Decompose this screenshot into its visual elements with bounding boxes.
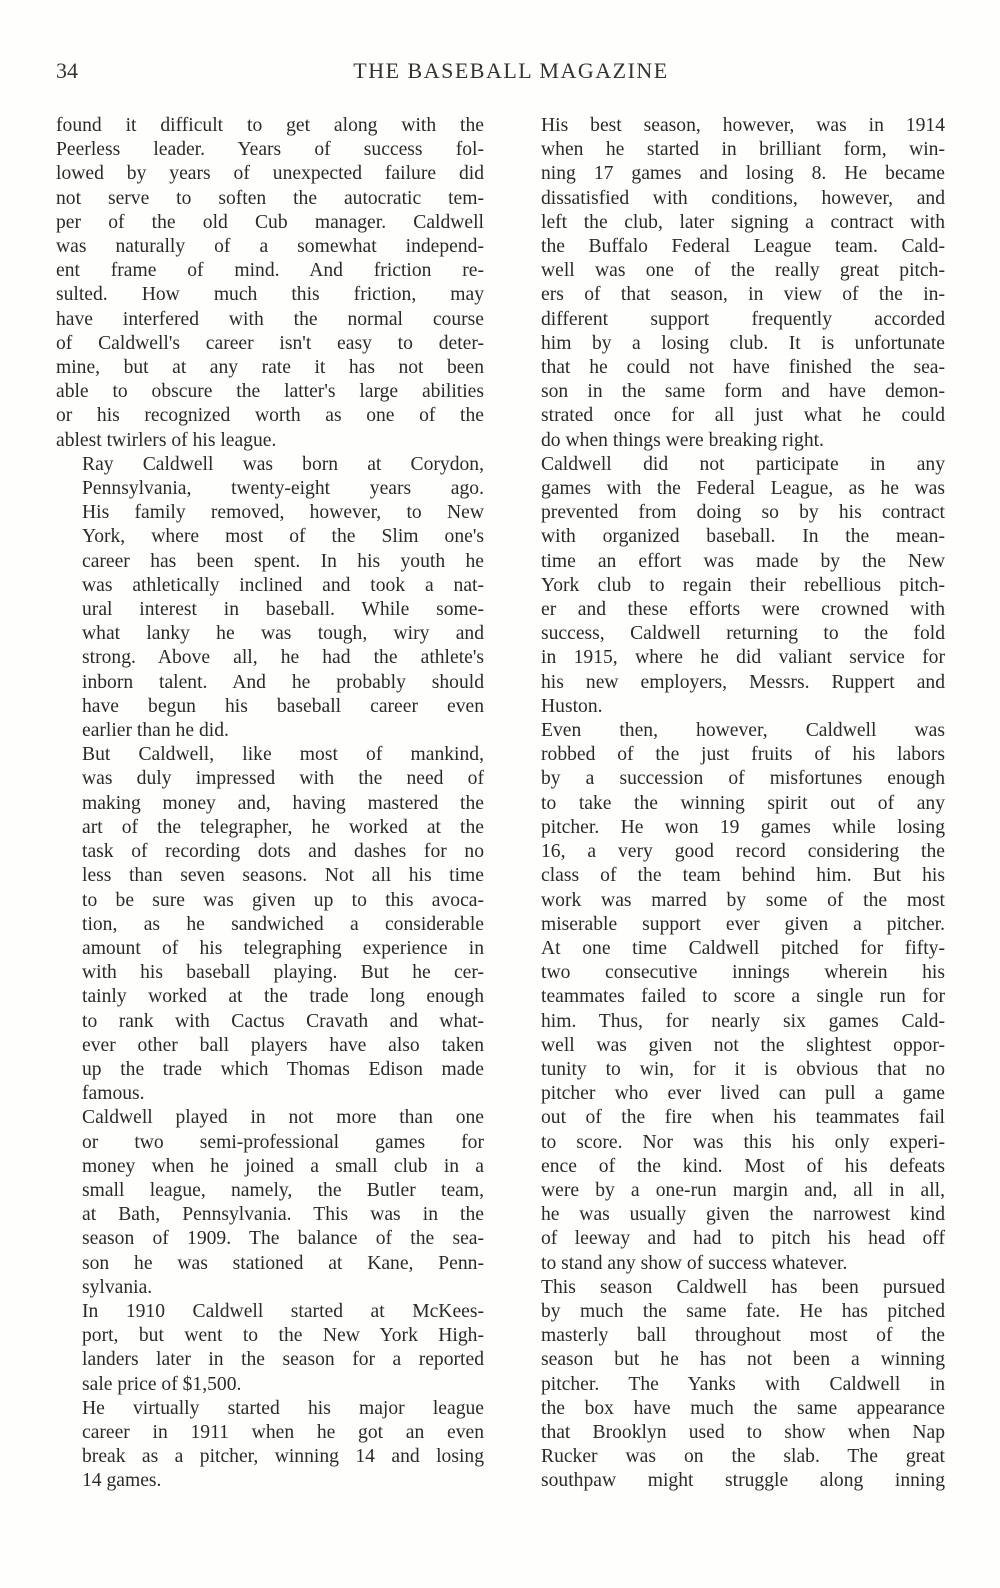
text-line: sale price of $1,500. (56, 1373, 484, 1397)
right-column: His best season, however, was in 1914whe… (515, 114, 945, 1494)
text-line: art of the telegrapher, he worked at the (56, 816, 484, 840)
text-line: strated once for all just what he could (515, 404, 945, 428)
text-line: inborn talent. And he probably should (56, 671, 484, 695)
text-line: career has been spent. In his youth he (56, 550, 484, 574)
text-line: or two semi-professional games for (56, 1131, 484, 1155)
text-line: ever other ball players have also taken (56, 1034, 484, 1058)
text-line: ablest twirlers of his league. (56, 429, 484, 453)
text-line: work was marred by some of the most (515, 889, 945, 913)
text-line: that he could not have finished the sea- (515, 356, 945, 380)
text-line: money when he joined a small club in a (56, 1155, 484, 1179)
text-line: do when things were breaking right. (515, 429, 945, 453)
paragraph: Ray Caldwell was born at Corydon,Pennsyl… (56, 453, 484, 743)
text-line: strong. Above all, he had the athlete's (56, 646, 484, 670)
text-line: to score. Nor was this his only experi- (515, 1131, 945, 1155)
text-line: southpaw might struggle along inning (515, 1469, 945, 1493)
text-line: him by a losing club. It is unfortunate (515, 332, 945, 356)
text-line: by a succession of misfortunes enough (515, 767, 945, 791)
text-line: ning 17 games and losing 8. He became (515, 162, 945, 186)
text-line: sylvania. (56, 1276, 484, 1300)
text-line: less than seven seasons. Not all his tim… (56, 864, 484, 888)
text-line: masterly ball throughout most of the (515, 1324, 945, 1348)
paragraph: This season Caldwell has been pursuedby … (515, 1276, 945, 1494)
text-line: landers later in the season for a report… (56, 1348, 484, 1372)
paragraph: found it difficult to get along with the… (56, 114, 484, 453)
text-line: break as a pitcher, winning 14 and losin… (56, 1445, 484, 1469)
text-line: to take the winning spirit out of any (515, 792, 945, 816)
text-line: ural interest in baseball. While some- (56, 598, 484, 622)
paragraph: Caldwell did not participate in anygames… (515, 453, 945, 719)
text-line: Pennsylvania, twenty-eight years ago. (56, 477, 484, 501)
text-line: tion, as he sandwiched a considerable (56, 913, 484, 937)
text-line: the box have much the same appearance (515, 1397, 945, 1421)
text-line: that Brooklyn used to show when Nap (515, 1421, 945, 1445)
text-line: er and these efforts were crowned with (515, 598, 945, 622)
text-line: famous. (56, 1082, 484, 1106)
text-line: by much the same fate. He has pitched (515, 1300, 945, 1324)
text-line: 16, a very good record considering the (515, 840, 945, 864)
text-line: in 1915, where he did valiant service fo… (515, 646, 945, 670)
text-line: 14 games. (56, 1469, 484, 1493)
text-line: York, where most of the Slim one's (56, 525, 484, 549)
text-line: York club to regain their rebellious pit… (515, 574, 945, 598)
text-line: able to obscure the latter's large abili… (56, 380, 484, 404)
text-line: to stand any show of success whatever. (515, 1252, 945, 1276)
text-line: with his baseball playing. But he cer- (56, 961, 484, 985)
text-line: earlier than he did. (56, 719, 484, 743)
text-line: he was usually given the narrowest kind (515, 1203, 945, 1227)
text-line: was athletically inclined and took a nat… (56, 574, 484, 598)
text-line: pitcher. He won 19 games while losing (515, 816, 945, 840)
text-line: have begun his baseball career even (56, 695, 484, 719)
text-line: son he was stationed at Kane, Penn- (56, 1252, 484, 1276)
text-line: with organized baseball. In the mean- (515, 525, 945, 549)
text-line: His best season, however, was in 1914 (515, 114, 945, 138)
text-line: sulted. How much this friction, may (56, 283, 484, 307)
text-line: Ray Caldwell was born at Corydon, (56, 453, 484, 477)
text-line: his new employers, Messrs. Ruppert and (515, 671, 945, 695)
text-line: Caldwell played in not more than one (56, 1106, 484, 1130)
text-line: lowed by years of unexpected failure did (56, 162, 484, 186)
text-line: robbed of the just fruits of his labors (515, 743, 945, 767)
text-line: the Buffalo Federal League team. Cald- (515, 235, 945, 259)
text-line: were by a one-run margin and, all in all… (515, 1179, 945, 1203)
paragraph: Caldwell played in not more than oneor t… (56, 1106, 484, 1300)
text-line: Peerless leader. Years of success fol- (56, 138, 484, 162)
running-head: 34 THE BASEBALL MAGAZINE (56, 58, 936, 90)
text-line: two consecutive innings wherein his (515, 961, 945, 985)
text-line: time an effort was made by the New (515, 550, 945, 574)
text-line: dissatisfied with conditions, however, a… (515, 187, 945, 211)
magazine-page: 34 THE BASEBALL MAGAZINE found it diffic… (0, 0, 1000, 1588)
text-line: ent frame of mind. And friction re- (56, 259, 484, 283)
text-line: His family removed, however, to New (56, 501, 484, 525)
text-line: different support frequently accorded (515, 308, 945, 332)
text-line: was duly impressed with the need of (56, 767, 484, 791)
text-line: at Bath, Pennsylvania. This was in the (56, 1203, 484, 1227)
text-line: success, Caldwell returning to the fold (515, 622, 945, 646)
text-line: This season Caldwell has been pursued (515, 1276, 945, 1300)
text-line: of Caldwell's career isn't easy to deter… (56, 332, 484, 356)
text-line: out of the fire when his teammates fail (515, 1106, 945, 1130)
text-line: port, but went to the New York High- (56, 1324, 484, 1348)
text-line: teammates failed to score a single run f… (515, 985, 945, 1009)
text-line: He virtually started his major league (56, 1397, 484, 1421)
text-line: task of recording dots and dashes for no (56, 840, 484, 864)
paragraph: But Caldwell, like most of mankind,was d… (56, 743, 484, 1106)
text-line: what lanky he was tough, wiry and (56, 622, 484, 646)
text-line: ers of that season, in view of the in- (515, 283, 945, 307)
text-line: In 1910 Caldwell started at McKees- (56, 1300, 484, 1324)
text-line: up the trade which Thomas Edison made (56, 1058, 484, 1082)
text-line: At one time Caldwell pitched for fifty- (515, 937, 945, 961)
text-line: well was given not the slightest oppor- (515, 1034, 945, 1058)
text-line: But Caldwell, like most of mankind, (56, 743, 484, 767)
text-line: making money and, having mastered the (56, 792, 484, 816)
text-line: was naturally of a somewhat independ- (56, 235, 484, 259)
text-line: games with the Federal League, as he was (515, 477, 945, 501)
text-line: pitcher who ever lived can pull a game (515, 1082, 945, 1106)
text-line: class of the team behind him. But his (515, 864, 945, 888)
text-line: or his recognized worth as one of the (56, 404, 484, 428)
text-line: prevented from doing so by his contract (515, 501, 945, 525)
text-line: well was one of the really great pitch- (515, 259, 945, 283)
text-line: son in the same form and have demon- (515, 380, 945, 404)
text-line: mine, but at any rate it has not been (56, 356, 484, 380)
text-line: small league, namely, the Butler team, (56, 1179, 484, 1203)
paragraph: He virtually started his major leaguecar… (56, 1397, 484, 1494)
paragraph: His best season, however, was in 1914whe… (515, 114, 945, 453)
text-line: when he started in brilliant form, win- (515, 138, 945, 162)
text-line: of leeway and had to pitch his head off (515, 1227, 945, 1251)
text-line: not serve to soften the autocratic tem- (56, 187, 484, 211)
text-line: found it difficult to get along with the (56, 114, 484, 138)
text-line: Huston. (515, 695, 945, 719)
text-line: to be sure was given up to this avoca- (56, 889, 484, 913)
text-line: amount of his telegraphing experience in (56, 937, 484, 961)
text-line: season of 1909. The balance of the sea- (56, 1227, 484, 1251)
text-line: Rucker was on the slab. The great (515, 1445, 945, 1469)
text-line: career in 1911 when he got an even (56, 1421, 484, 1445)
text-line: Even then, however, Caldwell was (515, 719, 945, 743)
text-line: him. Thus, for nearly six games Cald- (515, 1010, 945, 1034)
text-line: left the club, later signing a contract … (515, 211, 945, 235)
left-column: found it difficult to get along with the… (56, 114, 484, 1494)
text-line: have interfered with the normal course (56, 308, 484, 332)
text-line: miserable support ever given a pitcher. (515, 913, 945, 937)
text-line: season but he has not been a winning (515, 1348, 945, 1372)
text-line: tainly worked at the trade long enough (56, 985, 484, 1009)
text-line: pitcher. The Yanks with Caldwell in (515, 1373, 945, 1397)
text-line: to rank with Cactus Cravath and what- (56, 1010, 484, 1034)
paragraph: In 1910 Caldwell started at McKees-port,… (56, 1300, 484, 1397)
paragraph: Even then, however, Caldwell wasrobbed o… (515, 719, 945, 1276)
text-line: tunity to win, for it is obvious that no (515, 1058, 945, 1082)
text-line: ence of the kind. Most of his defeats (515, 1155, 945, 1179)
magazine-title: THE BASEBALL MAGAZINE (56, 58, 936, 84)
text-line: per of the old Cub manager. Caldwell (56, 211, 484, 235)
text-line: Caldwell did not participate in any (515, 453, 945, 477)
